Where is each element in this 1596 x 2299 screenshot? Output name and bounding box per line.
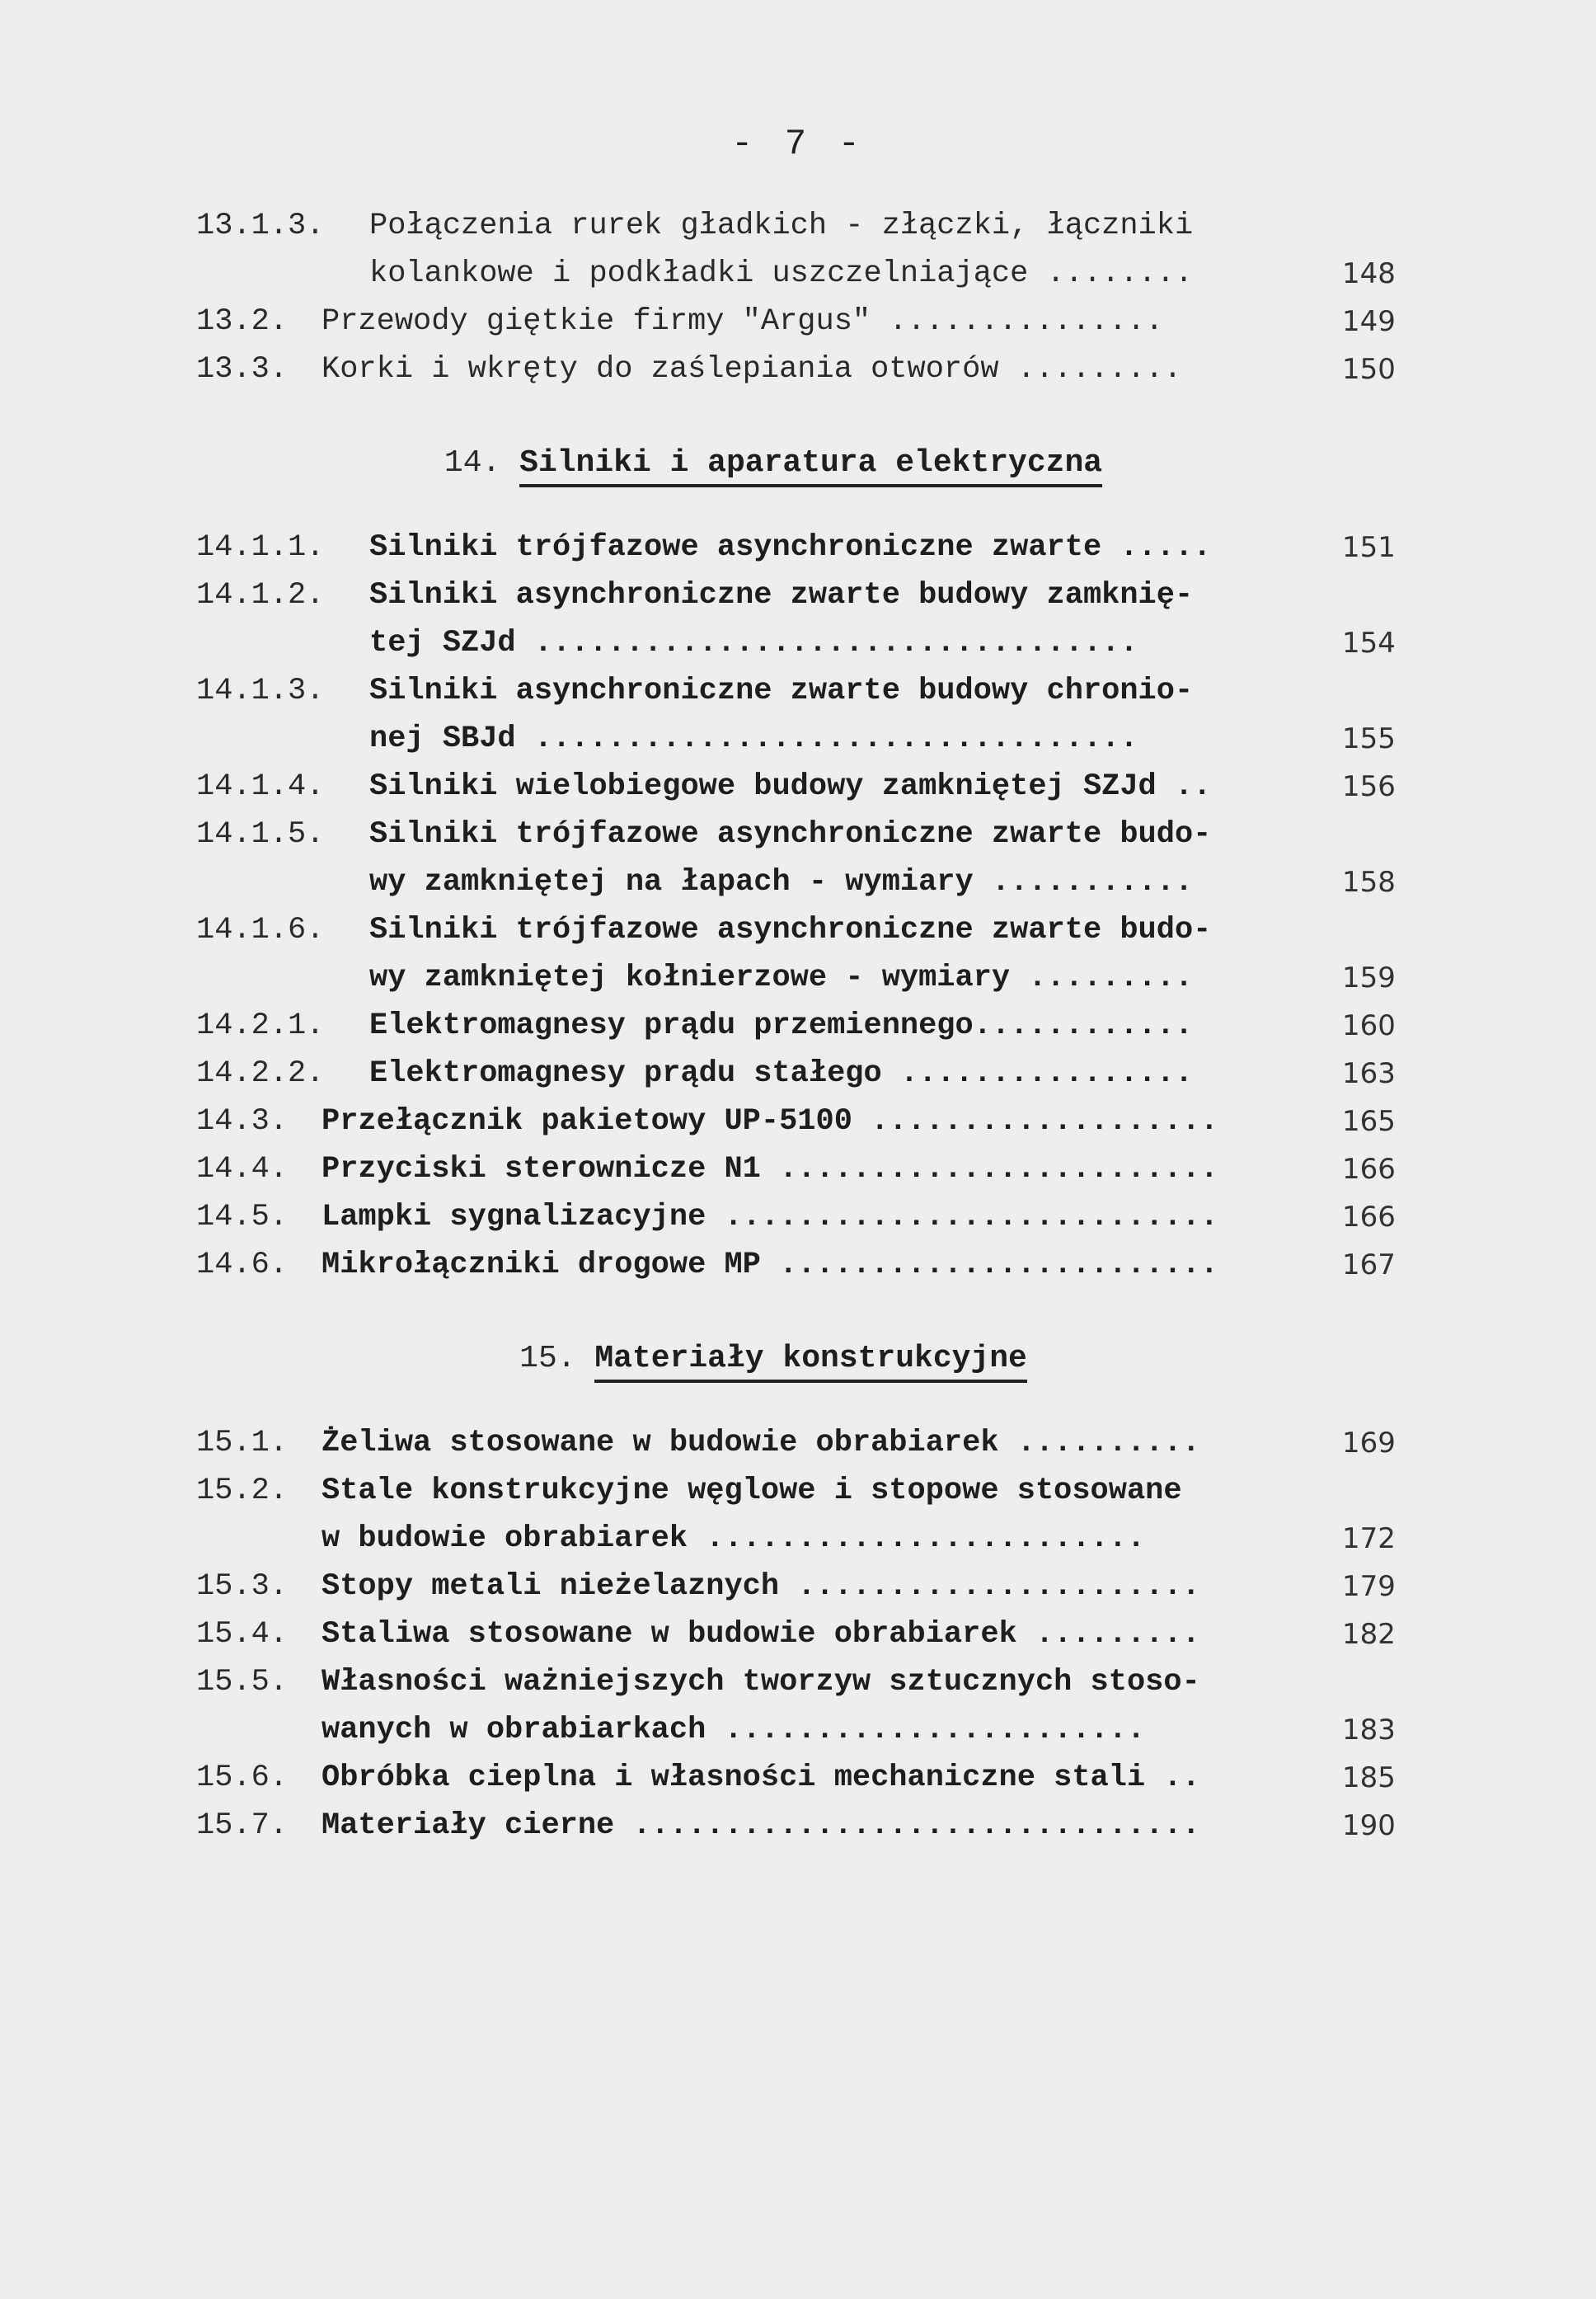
entry-number: 13.1.3.	[196, 202, 324, 250]
entry-title-line: Elektromagnesy prądu stałego ...........…	[196, 1050, 1416, 1098]
toc-entry[interactable]: 14.1.2.Silniki asynchroniczne zwarte bud…	[196, 571, 1416, 667]
entry-title-line: nej SBJd ...............................…	[196, 715, 1416, 763]
toc-entry[interactable]: 15.4.Staliwa stosowane w budowie obrabia…	[196, 1610, 1416, 1658]
entry-page-number: 155	[1342, 715, 1416, 763]
toc-entry[interactable]: 14.1.6.Silniki trójfazowe asynchroniczne…	[196, 906, 1416, 1002]
section-number: 15.	[519, 1341, 594, 1376]
entry-page-number: 159	[1342, 954, 1416, 1002]
toc-entry[interactable]: 15.2.Stale konstrukcyjne węglowe i stopo…	[196, 1467, 1416, 1563]
entry-number: 14.5.	[196, 1193, 288, 1241]
toc-entry[interactable]: 14.4.Przyciski sterownicze N1 ..........…	[196, 1145, 1416, 1193]
toc-entry[interactable]: 14.1.3.Silniki asynchroniczne zwarte bud…	[196, 667, 1416, 763]
entry-title-line: Elektromagnesy prądu przemiennego.......…	[196, 1002, 1416, 1050]
toc-entry[interactable]: 14.6.Mikrołączniki drogowe MP ..........…	[196, 1241, 1416, 1289]
entry-title-line: Stopy metali nieżelaznych ..............…	[196, 1563, 1416, 1610]
entry-page-number: 183	[1342, 1706, 1416, 1754]
entry-page-number: 172	[1342, 1515, 1416, 1563]
entry-number: 14.1.6.	[196, 906, 324, 954]
toc-entry[interactable]: 14.2.1.Elektromagnesy prądu przemiennego…	[196, 1002, 1416, 1050]
entry-number: 14.6.	[196, 1241, 288, 1289]
entry-number: 14.2.1.	[196, 1002, 324, 1050]
entry-title-line: Mikrołączniki drogowe MP ...............…	[196, 1241, 1416, 1289]
toc-entry[interactable]: 15.5.Własności ważniejszych tworzyw sztu…	[196, 1658, 1416, 1754]
entry-number: 15.3.	[196, 1563, 288, 1610]
table-of-contents: 13.1.3.Połączenia rurek gładkich - złącz…	[196, 202, 1416, 1850]
entry-title-line: Silniki trójfazowe asynchroniczne zwarte…	[196, 811, 1416, 858]
entry-title-line: Silniki trójfazowe asynchroniczne zwarte…	[196, 524, 1416, 571]
entry-title-line: tej SZJd ...............................…	[196, 619, 1416, 667]
entry-number: 14.1.4.	[196, 763, 324, 811]
entry-title-line: Żeliwa stosowane w budowie obrabiarek ..…	[196, 1419, 1416, 1467]
entry-title-line: Lampki sygnalizacyjne ..................…	[196, 1193, 1416, 1241]
entry-number: 14.2.2.	[196, 1050, 324, 1098]
entry-number: 15.2.	[196, 1467, 288, 1515]
entry-number: 14.1.3.	[196, 667, 324, 715]
entry-page-number: 154	[1342, 619, 1416, 667]
entry-number: 15.5.	[196, 1658, 288, 1706]
section-title: Materiały konstrukcyjne	[594, 1341, 1027, 1383]
entry-title-line: Stale konstrukcyjne węglowe i stopowe st…	[196, 1467, 1416, 1515]
entry-page-number: 169	[1342, 1419, 1416, 1467]
entry-number: 14.1.5.	[196, 811, 324, 858]
entry-page-number: 163	[1342, 1050, 1416, 1098]
section-title: Silniki i aparatura elektryczna	[519, 445, 1102, 487]
entry-title-line: wy zamkniętej na łapach - wymiary ......…	[196, 858, 1416, 906]
entry-page-number: 148	[1342, 250, 1416, 298]
toc-entry[interactable]: 14.1.5.Silniki trójfazowe asynchroniczne…	[196, 811, 1416, 906]
entry-number: 14.3.	[196, 1098, 288, 1145]
entry-title-line: Silniki asynchroniczne zwarte budowy zam…	[196, 571, 1416, 619]
entry-number: 15.7.	[196, 1802, 288, 1850]
entry-number: 14.1.1.	[196, 524, 324, 571]
entry-number: 14.1.2.	[196, 571, 324, 619]
entry-title-line: Przewody giętkie firmy "Argus" .........…	[196, 298, 1416, 346]
entry-number: 13.2.	[196, 298, 288, 346]
entry-page-number: 160	[1342, 1002, 1416, 1050]
entry-page-number: 151	[1342, 524, 1416, 571]
toc-entry[interactable]: 15.1.Żeliwa stosowane w budowie obrabiar…	[196, 1419, 1416, 1467]
toc-entry[interactable]: 14.2.2.Elektromagnesy prądu stałego ....…	[196, 1050, 1416, 1098]
entry-title-line: wy zamkniętej kołnierzowe - wymiary ....…	[196, 954, 1416, 1002]
toc-entry[interactable]: 14.5.Lampki sygnalizacyjne .............…	[196, 1193, 1416, 1241]
entry-title-line: Własności ważniejszych tworzyw sztucznyc…	[196, 1658, 1416, 1706]
toc-entry[interactable]: 15.3.Stopy metali nieżelaznych .........…	[196, 1563, 1416, 1610]
entry-page-number: 166	[1342, 1193, 1416, 1241]
toc-entry[interactable]: 14.1.4.Silniki wielobiegowe budowy zamkn…	[196, 763, 1416, 811]
toc-entry[interactable]: 14.3.Przełącznik pakietowy UP-5100 .....…	[196, 1098, 1416, 1145]
entry-page-number: 185	[1342, 1754, 1416, 1802]
entry-page-number: 179	[1342, 1563, 1416, 1610]
toc-entry[interactable]: 13.3.Korki i wkręty do zaślepiania otwor…	[196, 346, 1416, 393]
entry-title-line: wanych w obrabiarkach ..................…	[196, 1706, 1416, 1754]
page-number: - 7 -	[0, 124, 1596, 165]
section-heading: 14. Silniki i aparatura elektryczna	[163, 440, 1383, 487]
entry-page-number: 150	[1342, 346, 1416, 393]
entry-page-number: 167	[1342, 1241, 1416, 1289]
toc-entry[interactable]: 15.6.Obróbka cieplna i własności mechani…	[196, 1754, 1416, 1802]
entry-number: 15.4.	[196, 1610, 288, 1658]
entry-title-line: Przełącznik pakietowy UP-5100 ..........…	[196, 1098, 1416, 1145]
entry-page-number: 166	[1342, 1145, 1416, 1193]
entry-page-number: 165	[1342, 1098, 1416, 1145]
entry-number: 14.4.	[196, 1145, 288, 1193]
entry-title-line: Materiały cierne .......................…	[196, 1802, 1416, 1850]
entry-title-line: Korki i wkręty do zaślepiania otworów ..…	[196, 346, 1416, 393]
toc-entry[interactable]: 13.2.Przewody giętkie firmy "Argus" ....…	[196, 298, 1416, 346]
toc-entry[interactable]: 13.1.3.Połączenia rurek gładkich - złącz…	[196, 202, 1416, 298]
entry-number: 13.3.	[196, 346, 288, 393]
entry-page-number: 149	[1342, 298, 1416, 346]
entry-title-line: Silniki trójfazowe asynchroniczne zwarte…	[196, 906, 1416, 954]
entry-title-line: Silniki asynchroniczne zwarte budowy chr…	[196, 667, 1416, 715]
entry-page-number: 156	[1342, 763, 1416, 811]
section-number: 14.	[444, 445, 519, 481]
toc-entry[interactable]: 14.1.1.Silniki trójfazowe asynchroniczne…	[196, 524, 1416, 571]
entry-title-line: Staliwa stosowane w budowie obrabiarek .…	[196, 1610, 1416, 1658]
entry-title-line: Połączenia rurek gładkich - złączki, łąc…	[196, 202, 1416, 250]
entry-title-line: Silniki wielobiegowe budowy zamkniętej S…	[196, 763, 1416, 811]
entry-title-line: Obróbka cieplna i własności mechaniczne …	[196, 1754, 1416, 1802]
entry-number: 15.1.	[196, 1419, 288, 1467]
entry-title-line: w budowie obrabiarek ...................…	[196, 1515, 1416, 1563]
entry-page-number: 158	[1342, 858, 1416, 906]
entry-page-number: 182	[1342, 1610, 1416, 1658]
toc-entry[interactable]: 15.7.Materiały cierne ..................…	[196, 1802, 1416, 1850]
entry-title-line: kolankowe i podkładki uszczelniające ...…	[196, 250, 1416, 298]
section-heading: 15. Materiały konstrukcyjne	[163, 1335, 1383, 1383]
entry-title-line: Przyciski sterownicze N1 ...............…	[196, 1145, 1416, 1193]
entry-number: 15.6.	[196, 1754, 288, 1802]
entry-page-number: 190	[1342, 1802, 1416, 1850]
